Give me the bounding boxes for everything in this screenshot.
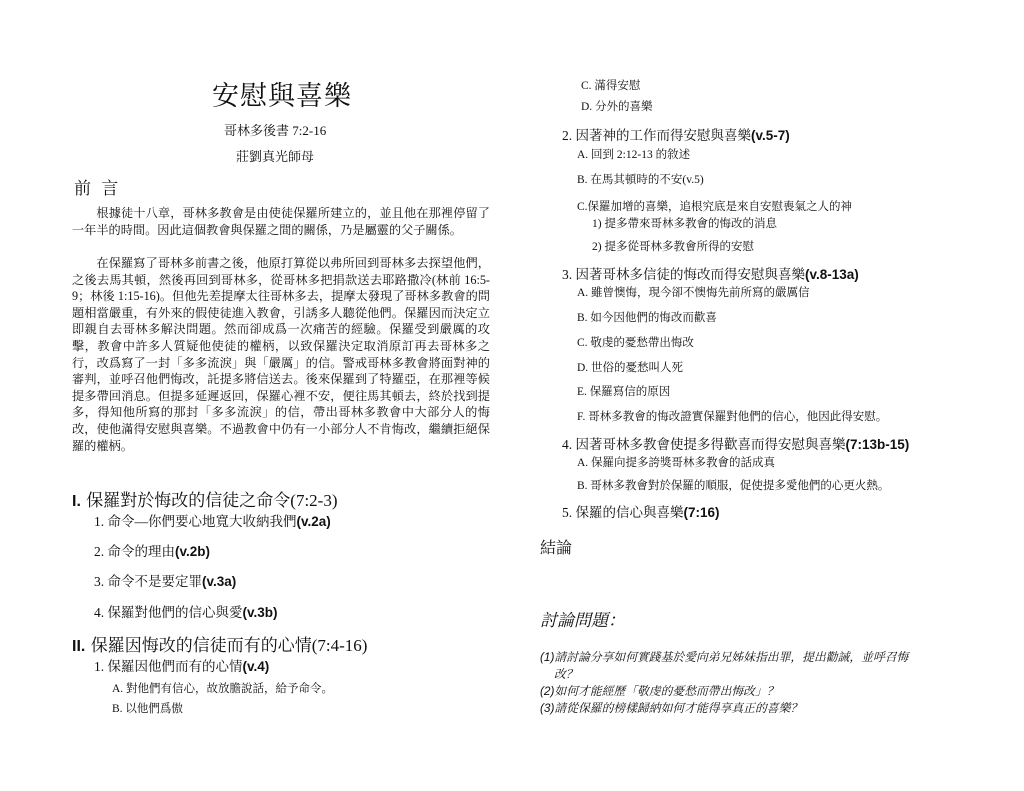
outline-subitem: D. 分外的喜樂 xyxy=(581,98,653,114)
outline-item: 4. 因著哥林多教會使提多得歡喜而得安慰與喜樂(7:13b-15) xyxy=(562,433,909,453)
conclusion-heading: 結論 xyxy=(540,535,572,558)
discussion-question-1-continued: 改？ xyxy=(554,665,578,682)
discussion-question-2: (2)如何才能經歷「敬虔的憂愁而帶出悔改」？ xyxy=(540,682,779,699)
outline-subitem: C. 敬虔的憂愁帶出悔改 xyxy=(577,334,694,350)
outline-subitem: C.保羅加增的喜樂，追根究底是來自安慰喪氣之人的神 xyxy=(577,198,852,214)
outline-item: 3. 因著哥林多信徒的悔改而得安慰與喜樂(v.8-13a) xyxy=(562,263,859,283)
outline-item: 1. 命令—你們要心地寬大收納我們(v.2a) xyxy=(94,510,331,530)
outline-item: 1. 保羅因他們而有的心情(v.4) xyxy=(94,655,269,675)
outline-subsubitem: 1) 提多帶來哥林多教會的悔改的消息 xyxy=(592,215,777,231)
outline-subitem: A. 回到 2:12-13 的敘述 xyxy=(577,146,690,162)
section-title: 保羅對於悔改的信徒之命令(7:2-3) xyxy=(86,491,337,510)
outline-item: 3. 命令不是要定罪(v.3a) xyxy=(94,570,236,590)
outline-subitem: B. 哥林多教會對於保羅的順服，促使提多愛他們的心更火熱。 xyxy=(577,477,889,493)
preface-paragraph-2: 在保羅寫了哥林多前書之後，他原打算從以弗所回到哥林多去探望他們，之後去馬其頓，然… xyxy=(72,255,490,454)
section-heading-2: II. 保羅因悔改的信徒而有的心情(7:4-16) xyxy=(72,631,367,656)
outline-item: 2. 命令的理由(v.2b) xyxy=(94,540,210,560)
section-title: 保羅因悔改的信徒而有的心情(7:4-16) xyxy=(91,636,368,655)
section-numeral: II. xyxy=(72,638,85,655)
outline-subsubitem: 2) 提多從哥林多教會所得的安慰 xyxy=(592,238,754,254)
outline-subitem: A. 保羅向提多誇獎哥林多教會的話成真 xyxy=(577,454,775,470)
section-heading-1: I. 保羅對於悔改的信徒之命令(7:2-3) xyxy=(72,486,338,511)
document-title: 安慰與喜樂 xyxy=(212,74,352,113)
preface-paragraph-1: 根據徒十八章，哥林多教會是由使徒保羅所建立的，並且他在那裡停留了一年半的時間。因… xyxy=(72,205,490,238)
scripture-reference: 哥林多後書 7:2-16 xyxy=(224,120,326,139)
section-numeral: I. xyxy=(72,493,81,510)
outline-item: 4. 保羅對他們的信心與愛(v.3b) xyxy=(94,601,278,621)
outline-subitem: D. 世俗的憂愁叫人死 xyxy=(577,359,683,375)
outline-subitem: B. 如今因他們的悔改而歡喜 xyxy=(577,309,717,325)
discussion-question-1: (1)請討論分享如何實踐基於愛向弟兄姊妹指出罪，提出勸誡，並呼召悔 xyxy=(540,648,908,665)
outline-subitem: A. 雖曾懊悔，現今卻不懊悔先前所寫的嚴厲信 xyxy=(577,284,810,300)
author: 莊劉真光師母 xyxy=(236,146,314,165)
outline-subitem: B. 在馬其頓時的不安(v.5) xyxy=(577,171,704,187)
outline-subitem: A. 對他們有信心，故放膽說話，給予命令。 xyxy=(112,680,333,696)
outline-item: 5. 保羅的信心與喜樂(7:16) xyxy=(562,501,720,521)
outline-subitem: F. 哥林多教會的悔改證實保羅對他們的信心，他因此得安慰。 xyxy=(577,408,887,424)
outline-subitem: B. 以他們爲傲 xyxy=(112,700,183,716)
outline-subitem: E. 保羅寫信的原因 xyxy=(577,383,670,399)
preface-heading: 前 言 xyxy=(74,174,121,199)
outline-item: 2. 因著神的工作而得安慰與喜樂(v.5-7) xyxy=(562,124,790,144)
discussion-question-3: (3)請從保羅的榜樣歸納如何才能得享真正的喜樂？ xyxy=(540,699,802,716)
discussion-heading: 討論問題： xyxy=(540,606,625,631)
outline-subitem: C. 滿得安慰 xyxy=(581,77,640,93)
